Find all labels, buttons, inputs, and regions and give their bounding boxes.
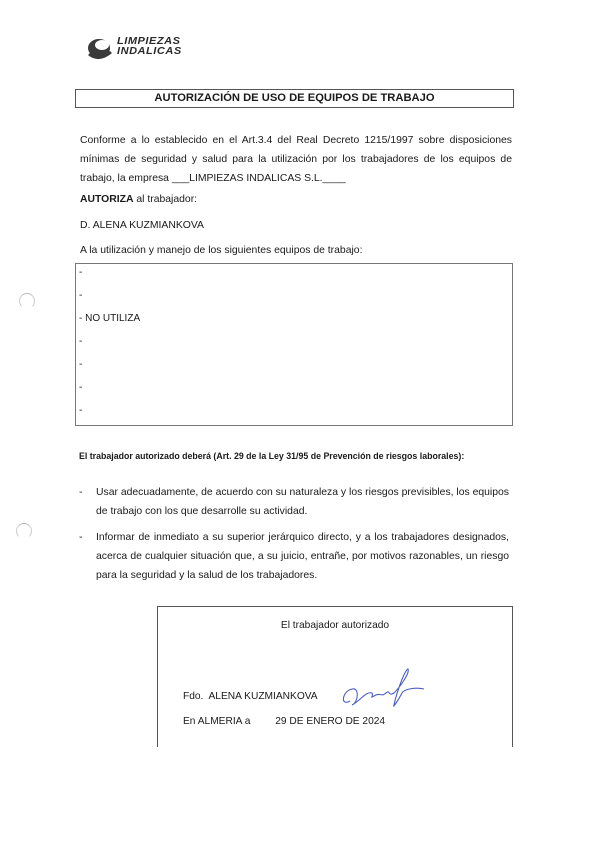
handwritten-signature-icon [338,667,428,709]
company-logo-text: LIMPIEZAS INDALICAS [117,36,182,56]
place-date-line: En ALMERIA a 29 DE ENERO DE 2024 [183,716,385,727]
punch-hole-icon [19,293,35,309]
duties-heading: El trabajador autorizado deberá (Art. 29… [79,451,509,461]
duty-text: Usar adecuadamente, de acuerdo con su na… [96,483,509,521]
equipment-item: - [79,382,82,393]
equipment-item: - [79,267,82,278]
signed-by-line: Fdo. ALENA KUZMIANKOVA [183,691,318,702]
signature-date: 29 DE ENERO DE 2024 [275,716,385,727]
autoriza-line: AUTORIZA al trabajador: [80,194,197,205]
intro-paragraph: Conforme a lo establecido en el Art.3.4 … [80,131,512,188]
autoriza-rest: al trabajador: [134,194,198,205]
signed-by-name: ALENA KUZMIANKOVA [209,691,318,702]
equipment-list-box: - - - NO UTILIZA - - - - [75,263,513,426]
autoriza-label: AUTORIZA [80,194,134,205]
document-title: AUTORIZACIÓN DE USO DE EQUIPOS DE TRABAJ… [75,89,514,108]
equipment-item: - [79,336,82,347]
logo-line-2: INDALICAS [117,46,182,56]
equipment-item: - [79,290,82,301]
equipment-item: - [79,405,82,416]
duty-dash: - [79,483,82,502]
signed-by-label: Fdo. [183,691,203,702]
duty-item: - Usar adecuadamente, de acuerdo con su … [79,483,509,521]
duty-text: Informar de inmediato a su superior jerá… [96,528,509,585]
punch-hole-icon [16,523,32,539]
duty-item: - Informar de inmediato a su superior je… [79,528,509,585]
signature-title: El trabajador autorizado [158,620,512,631]
equipment-item: - [79,359,82,370]
equipment-item: - NO UTILIZA [79,313,140,324]
equipment-intro: A la utilización y manejo de los siguien… [80,245,362,256]
place-label: En ALMERIA a [183,716,250,727]
worker-name: D. ALENA KUZMIANKOVA [80,220,204,231]
signature-box: El trabajador autorizado Fdo. ALENA KUZM… [157,606,513,747]
duty-dash: - [79,528,82,547]
